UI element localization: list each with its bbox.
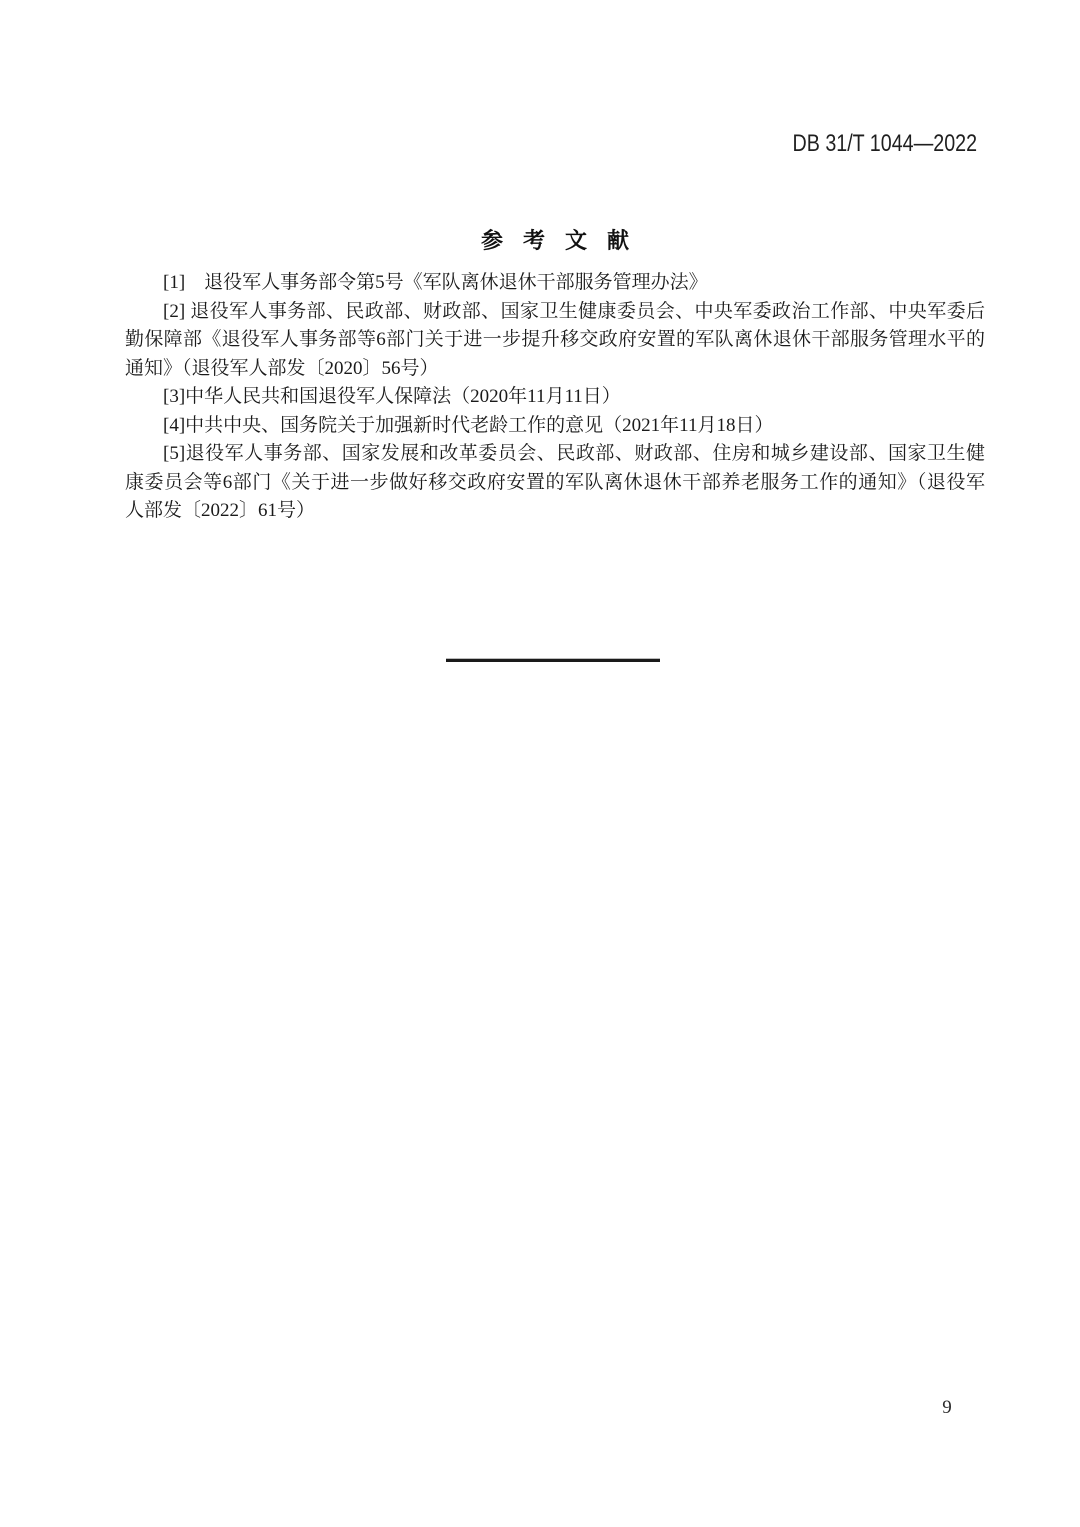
reference-5-line-1: [5]退役军人事务部、国家发展和改革委员会、民政部、财政部、住房和城乡建设部、国… <box>125 440 985 469</box>
end-of-document-rule <box>446 658 660 662</box>
reference-2-line-2: 勤保障部《退役军人事务部等6部门关于进一步提升移交政府安置的军队离休退休干部服务… <box>125 326 985 355</box>
reference-2-line-1: [2] 退役军人事务部、民政部、财政部、国家卫生健康委员会、中央军委政治工作部、… <box>125 298 985 327</box>
references-title: 参考文献 <box>125 224 985 255</box>
reference-list: [1] 退役军人事务部令第5号《军队离休退休干部服务管理办法》 [2] 退役军人… <box>125 269 985 526</box>
reference-2-line-3: 通知》（退役军人部发〔2020〕56号） <box>125 355 985 384</box>
reference-3: [3]中华人民共和国退役军人保障法（2020年11月11日） <box>125 383 985 412</box>
reference-5-line-3: 人部发〔2022〕61号） <box>125 497 985 526</box>
standard-code-header: DB 31/T 1044—2022 <box>792 130 977 158</box>
reference-4: [4]中共中央、国务院关于加强新时代老龄工作的意见（2021年11月18日） <box>125 412 985 441</box>
page-number: 9 <box>932 1397 962 1419</box>
reference-5-line-2: 康委员会等6部门《关于进一步做好移交政府安置的军队离休退休干部养老服务工作的通知… <box>125 469 985 498</box>
document-page: DB 31/T 1044—2022 参考文献 [1] 退役军人事务部令第5号《军… <box>0 0 1080 1527</box>
reference-1: [1] 退役军人事务部令第5号《军队离休退休干部服务管理办法》 <box>125 269 985 298</box>
